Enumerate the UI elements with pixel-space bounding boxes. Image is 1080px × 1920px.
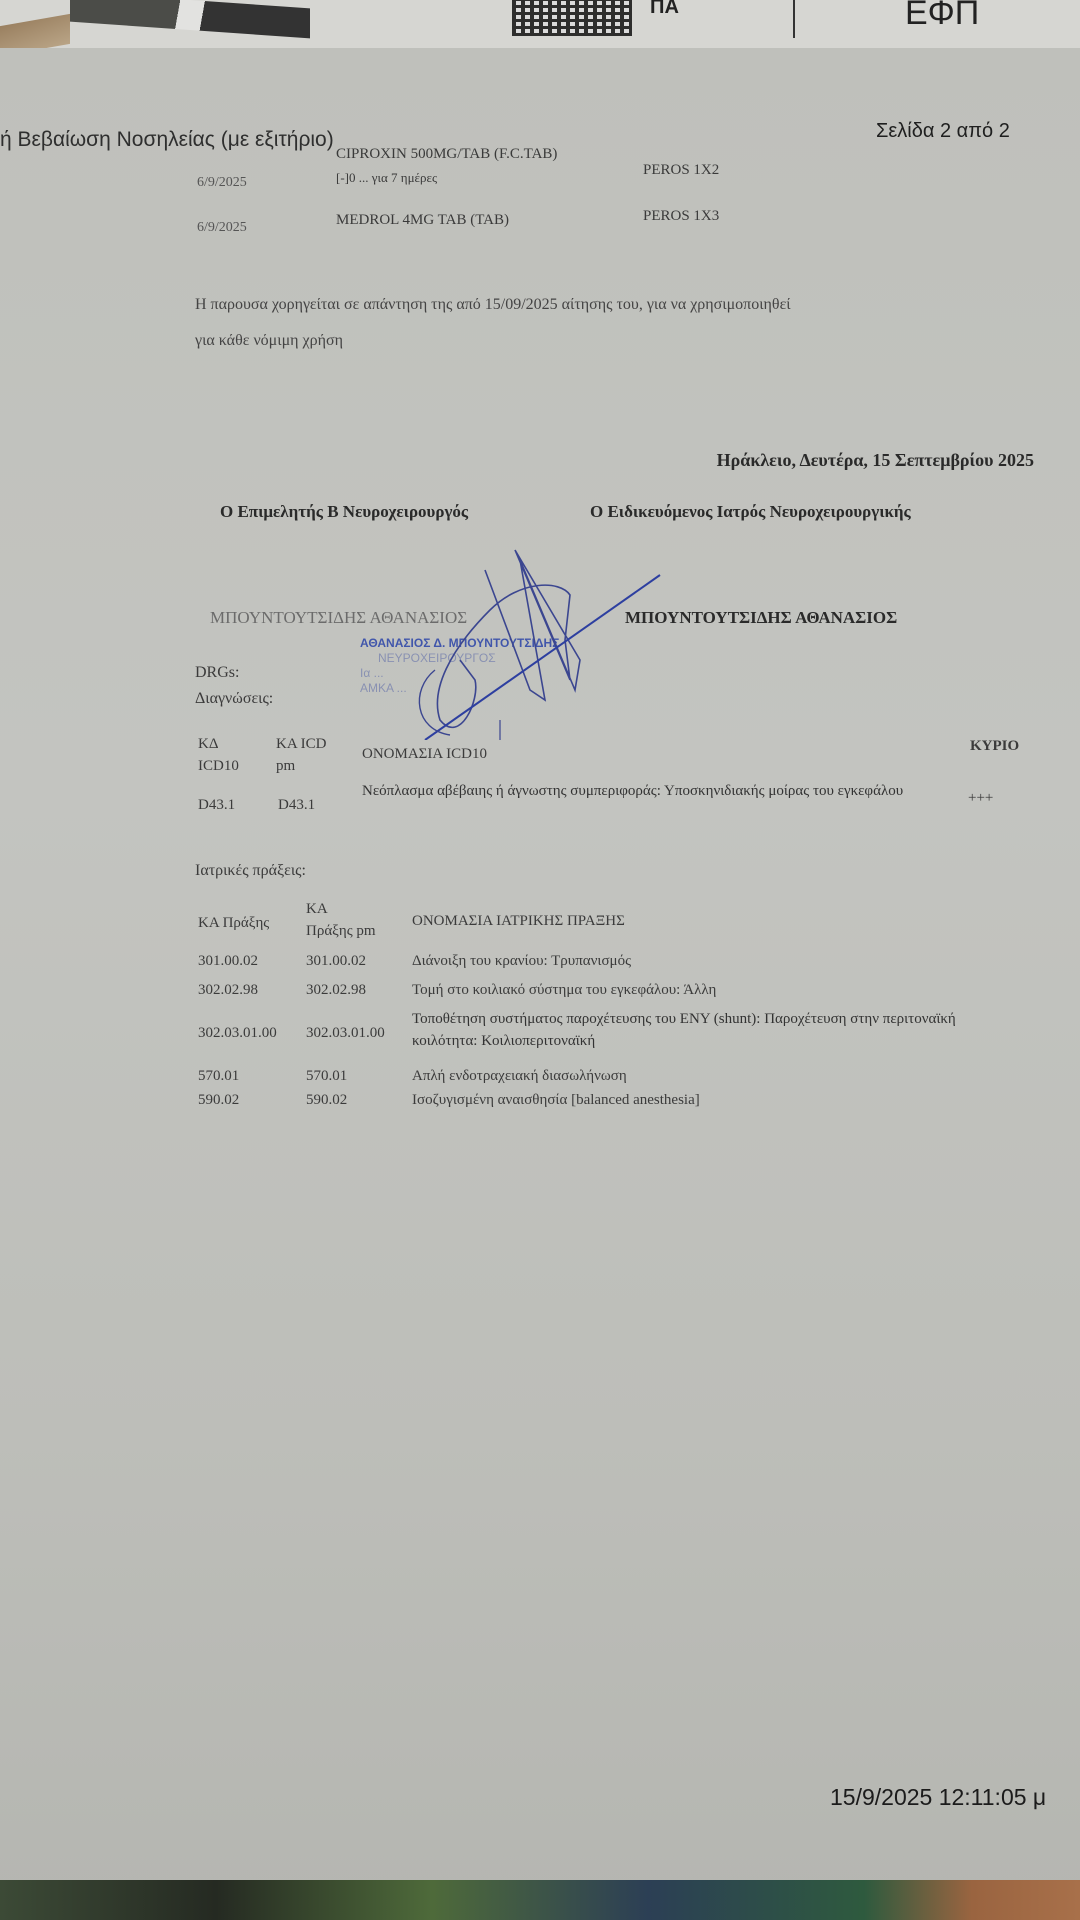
procedure-name: Διάνοιξη του κρανίου: Τρυπανισμός — [412, 953, 631, 970]
procedure-code: 570.01 — [198, 1068, 239, 1085]
procedure-code-pm: 302.02.98 — [306, 982, 366, 999]
previous-sheet-fragment — [70, 0, 310, 38]
document-page — [0, 48, 1080, 1898]
medication-date: 6/9/2025 — [197, 220, 247, 236]
diagnoses-label: Διαγνώσεις: — [195, 690, 273, 708]
procedures-label: Ιατρικές πράξεις: — [195, 862, 306, 880]
procedure-code-pm: 590.02 — [306, 1092, 347, 1109]
procedure-name: Απλή ενδοτραχειακή διασωλήνωση — [412, 1068, 627, 1085]
qr-code-icon — [512, 0, 632, 36]
procedure-code-pm: 301.00.02 — [306, 953, 366, 970]
previous-sheet-divider — [793, 0, 795, 38]
document-title: ή Βεβαίωση Νοσηλείας (με εξιτήριο) — [0, 128, 334, 152]
procedure-code: 301.00.02 — [198, 953, 258, 970]
background-bottom — [0, 1880, 1080, 1920]
diagnosis-code: D43.1 — [198, 797, 235, 814]
medication-note: [-]0 ... για 7 ημέρες — [336, 170, 437, 186]
drgs-label: DRGs: — [195, 664, 239, 682]
medication-name: MEDROL 4MG TAB (TAB) — [336, 212, 509, 229]
signatory-role-1: Ο Επιμελητής Β Νευροχειρουργός — [220, 502, 468, 522]
procedure-code: 302.03.01.00 — [198, 1025, 277, 1042]
page-indicator: Σελίδα 2 από 2 — [876, 120, 1010, 143]
column-header: ΚΥΡΙΟ — [970, 735, 1019, 757]
statement-line-2: για κάθε νόμιμη χρήση — [195, 332, 343, 350]
column-header: ΚΔ ICD10 — [198, 733, 258, 777]
procedure-name: Ισοζυγισμένη αναισθησία [balanced anesth… — [412, 1092, 700, 1109]
previous-sheet-logo-text: ΕΦΠ — [905, 0, 979, 33]
procedure-code: 590.02 — [198, 1092, 239, 1109]
medication-route: PEROS 1X3 — [643, 208, 719, 225]
handwritten-signature — [330, 540, 690, 740]
column-header: ΚΑ ICD pm — [276, 733, 336, 777]
column-header: ΚΑ Πράξης — [198, 912, 269, 934]
procedure-code-pm: 570.01 — [306, 1068, 347, 1085]
print-timestamp: 15/9/2025 12:11:05 μ — [830, 1784, 1046, 1811]
procedure-code-pm: 302.03.01.00 — [306, 1025, 385, 1042]
medication-route: PEROS 1X2 — [643, 162, 719, 179]
statement-line-1: Η παρουσα χορηγείται σε απάντηση της από… — [195, 296, 791, 314]
diagnosis-code-pm: D43.1 — [278, 797, 315, 814]
place-and-date: Ηράκλειο, Δευτέρα, 15 Σεπτεμβρίου 2025 — [717, 450, 1034, 471]
diagnosis-primary: +++ — [968, 790, 993, 807]
procedure-name: Τοποθέτηση συστήματος παροχέτευσης του Ε… — [412, 1008, 1012, 1052]
medication-name: CIPROXIN 500MG/TAB (F.C.TAB) — [336, 146, 557, 163]
signatory-role-2: Ο Ειδικευόμενος Ιατρός Νευροχειρουργικής — [590, 502, 911, 522]
diagnosis-name: Νεόπλασμα αβέβαιης ή άγνωστης συμπεριφορ… — [362, 780, 942, 802]
medication-date: 6/9/2025 — [197, 175, 247, 191]
previous-sheet-text: ΠΑ — [650, 0, 679, 19]
column-header: ΟΝΟΜΑΣΙΑ ICD10 — [362, 743, 487, 765]
procedure-name: Τομή στο κοιλιακό σύστημα του εγκεφάλου:… — [412, 982, 716, 999]
procedure-code: 302.02.98 — [198, 982, 258, 999]
column-header: ΚΑ Πράξης pm — [306, 898, 376, 942]
column-header: ΟΝΟΜΑΣΙΑ ΙΑΤΡΙΚΗΣ ΠΡΑΞΗΣ — [412, 910, 625, 932]
